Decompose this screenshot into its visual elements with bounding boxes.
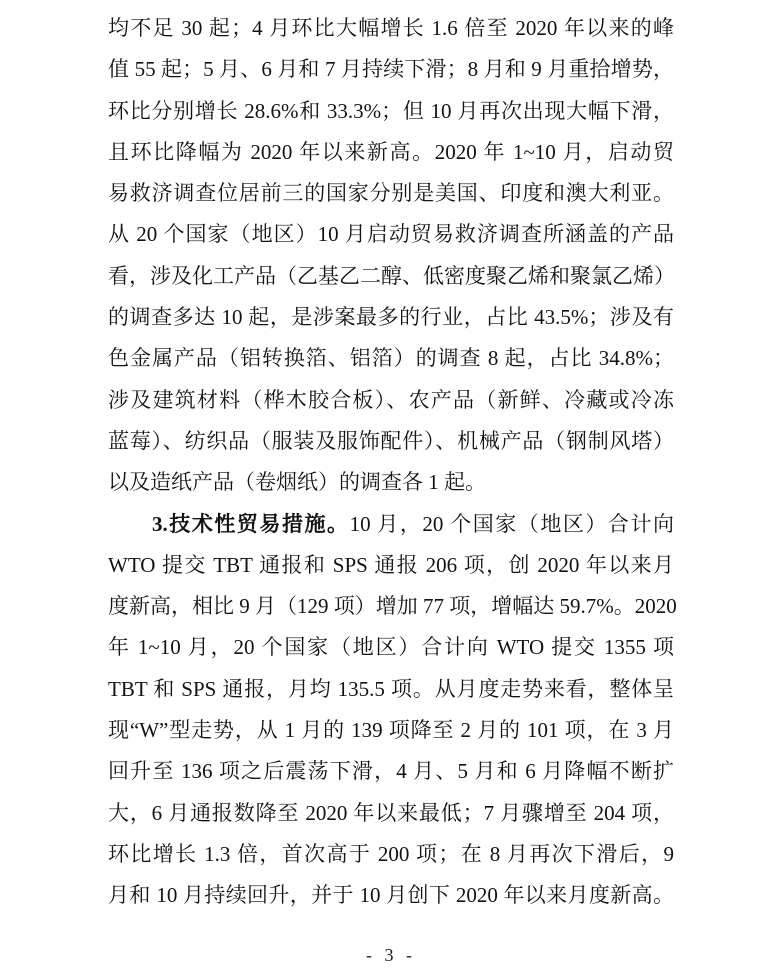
paragraph-last-line: 以及造纸产品（卷烟纸）的调查各 1 起。 xyxy=(108,462,674,503)
text-line: 环比分别增长 28.6%和 33.3%；但 10 月再次出现大幅下滑， xyxy=(108,91,674,132)
text-line: 10 月，20 个国家（地区）合计向 xyxy=(350,512,674,536)
text-line: 涉及建筑材料（桦木胶合板）、农产品（新鲜、冷藏或冷冻 xyxy=(108,380,674,421)
text-line: 值 55 起；5 月、6 月和 7 月持续下滑；8 月和 9 月重拾增势， xyxy=(108,49,674,90)
document-body: 均不足 30 起；4 月环比大幅增长 1.6 倍至 2020 年以来的峰 值 5… xyxy=(108,8,674,917)
text-line: 现“W”型走势，从 1 月的 139 项降至 2 月的 101 项，在 3 月 xyxy=(108,710,674,751)
paragraph2-first-line: 3.技术性贸易措施。10 月，20 个国家（地区）合计向 xyxy=(108,504,674,545)
text-line: 蓝莓）、纺织品（服装及服饰配件）、机械产品（钢制风塔） xyxy=(108,421,674,462)
text-line: TBT 和 SPS 通报，月均 135.5 项。从月度走势来看，整体呈 xyxy=(108,669,674,710)
text-line: 年 1~10 月，20 个国家（地区）合计向 WTO 提交 1355 项 xyxy=(108,627,674,668)
text-line: 回升至 136 项之后震荡下滑，4 月、5 月和 6 月降幅不断扩 xyxy=(108,751,674,792)
text-line: 易救济调查位居前三的国家分别是美国、印度和澳大利亚。 xyxy=(108,173,674,214)
text-line: 度新高，相比 9 月（129 项）增加 77 项，增幅达 59.7%。2020 xyxy=(108,586,674,627)
text-line: 的调查多达 10 起，是涉案最多的行业，占比 43.5%；涉及有 xyxy=(108,297,674,338)
first-line-indent xyxy=(108,530,152,531)
section-heading: 3.技术性贸易措施。 xyxy=(152,512,350,536)
page-number: - 3 - xyxy=(0,942,782,968)
text-line: 且环比降幅为 2020 年以来新高。2020 年 1~10 月，启动贸 xyxy=(108,132,674,173)
text-line: 色金属产品（铝转换箔、铝箔）的调查 8 起，占比 34.8%； xyxy=(108,338,674,379)
text-line: WTO 提交 TBT 通报和 SPS 通报 206 项，创 2020 年以来月 xyxy=(108,545,674,586)
paragraph-last-line: 月和 10 月持续回升，并于 10 月创下 2020 年以来月度新高。 xyxy=(108,875,674,916)
text-line: 看，涉及化工产品（乙基乙二醇、低密度聚乙烯和聚氯乙烯） xyxy=(108,256,674,297)
text-line: 从 20 个国家（地区）10 月启动贸易救济调查所涵盖的产品 xyxy=(108,214,674,255)
document-page: 均不足 30 起；4 月环比大幅增长 1.6 倍至 2020 年以来的峰 值 5… xyxy=(0,0,782,971)
text-line: 环比增长 1.3 倍，首次高于 200 项；在 8 月再次下滑后，9 xyxy=(108,834,674,875)
text-line: 均不足 30 起；4 月环比大幅增长 1.6 倍至 2020 年以来的峰 xyxy=(108,8,674,49)
text-line: 大，6 月通报数降至 2020 年以来最低；7 月骤增至 204 项， xyxy=(108,793,674,834)
